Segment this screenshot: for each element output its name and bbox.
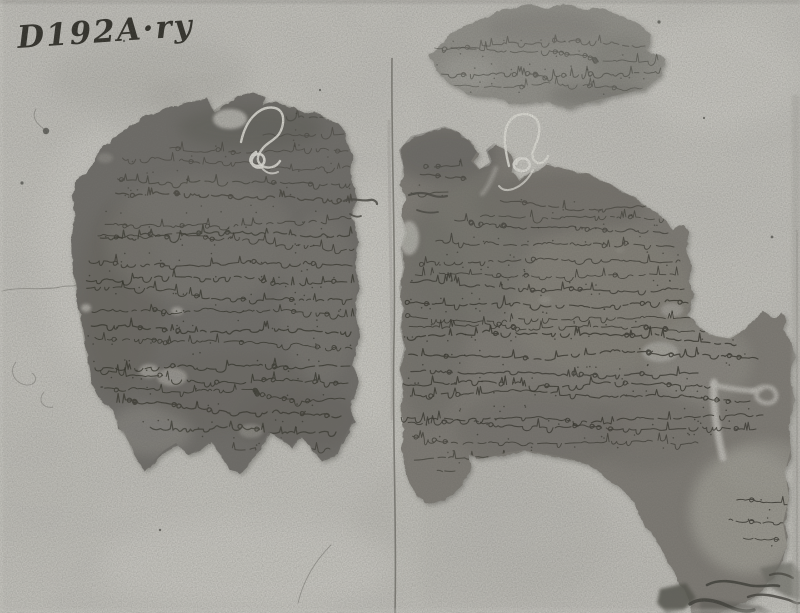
photo-scene: D192A·ry <box>0 0 800 613</box>
film-grain-overlay <box>0 0 800 613</box>
manuscript-photo-page: D192A·ry <box>0 0 800 613</box>
